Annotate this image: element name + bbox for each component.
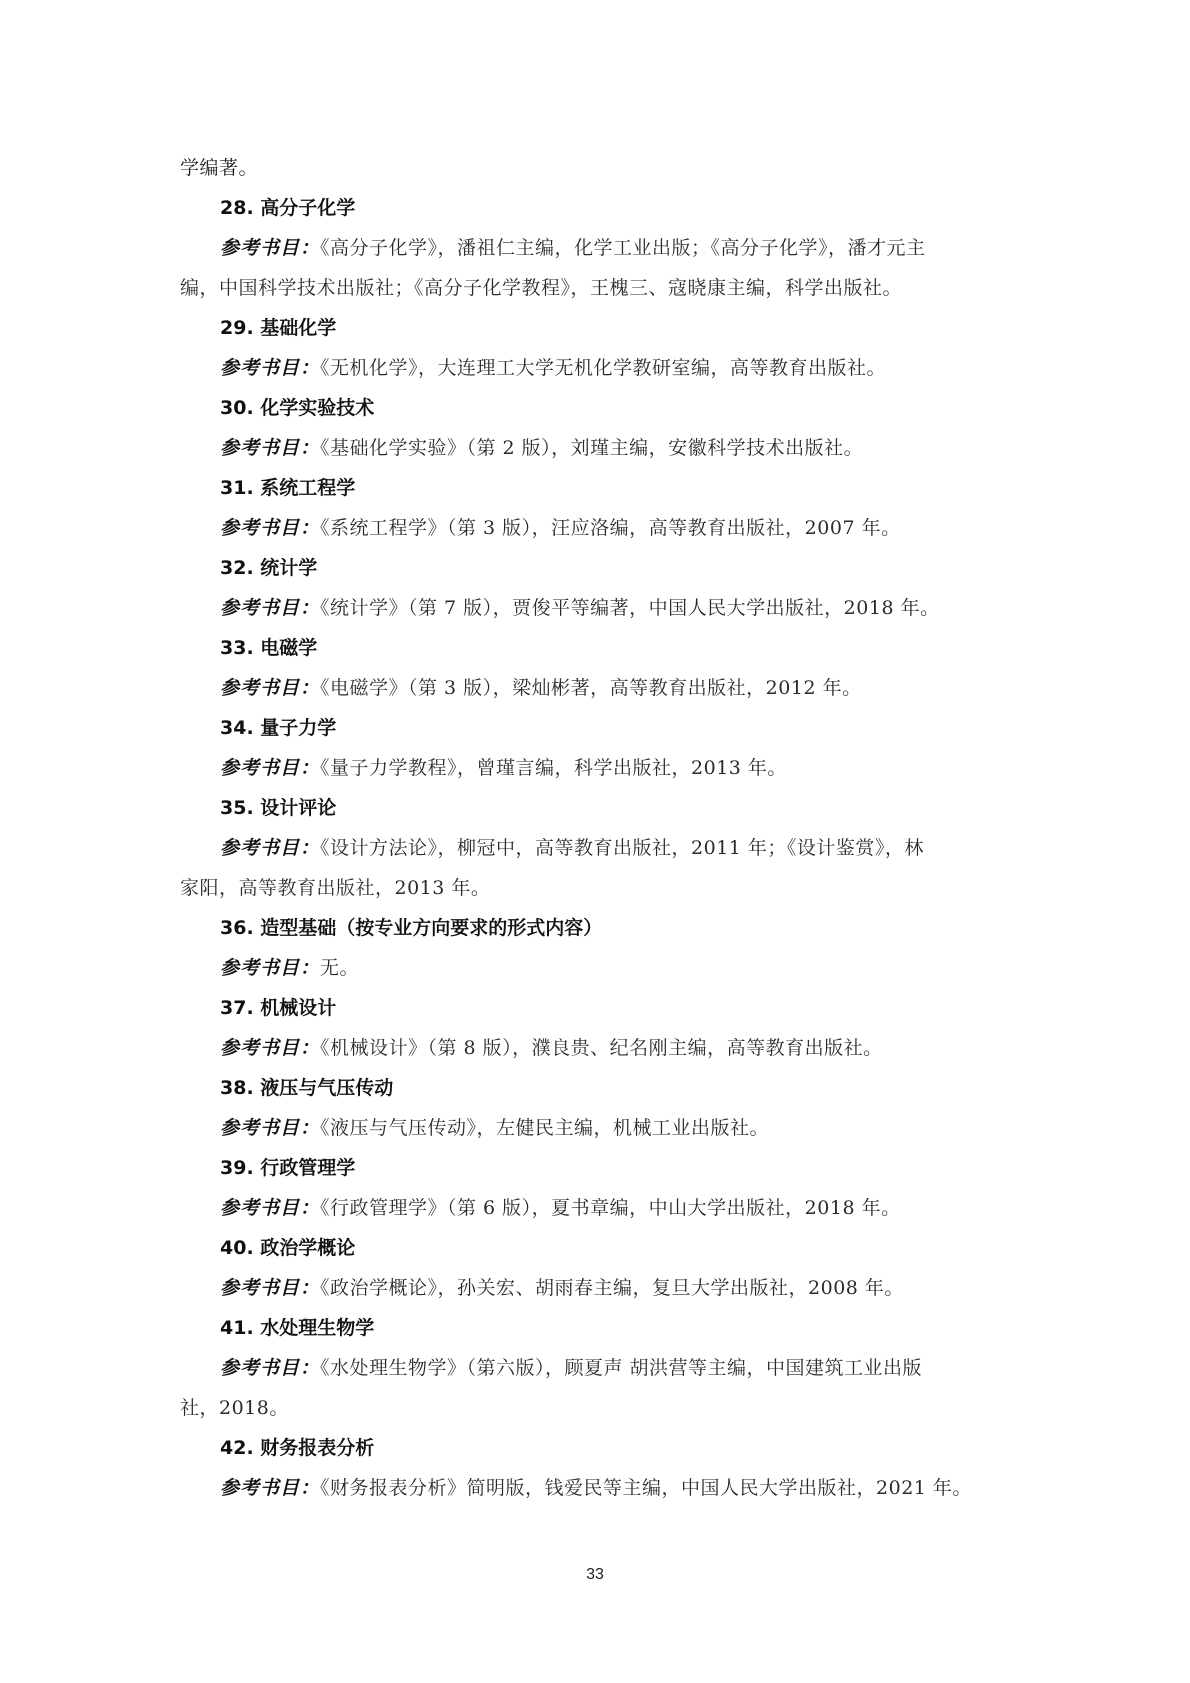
reference-entry-39: 参考书目：《行政管理学》（第 6 版），夏书章编，中山大学出版社，2018 年。 (180, 1188, 1010, 1228)
section-heading-28: 28. 高分子化学 (180, 188, 1010, 228)
reference-entry-29: 参考书目：《无机化学》，大连理工大学无机化学教研室编，高等教育出版社。 (180, 348, 1010, 388)
reference-entry-33: 参考书目：《电磁学》（第 3 版），梁灿彬著，高等教育出版社，2012 年。 (180, 668, 1010, 708)
reference-text: 《行政管理学》（第 6 版），夏书章编，中山大学出版社，2018 年。 (320, 1197, 901, 1219)
reference-label: 参考书目： (220, 677, 320, 699)
reference-entry-32: 参考书目：《统计学》（第 7 版），贾俊平等编著，中国人民大学出版社，2018 … (180, 588, 1010, 628)
reference-text: 《水处理生物学》（第六版），顾夏声 胡洪营等主编，中国建筑工业出版 (320, 1357, 922, 1379)
reference-text: 《电磁学》（第 3 版），梁灿彬著，高等教育出版社，2012 年。 (320, 677, 862, 699)
reference-text: 《无机化学》，大连理工大学无机化学教研室编，高等教育出版社。 (320, 357, 886, 379)
reference-entry-35: 参考书目：《设计方法论》，柳冠中，高等教育出版社，2011 年；《设计鉴赏》，林 (180, 828, 1010, 868)
section-heading-35: 35. 设计评论 (180, 788, 1010, 828)
page-content: 学编著。 28. 高分子化学 参考书目：《高分子化学》，潘祖仁主编，化学工业出版… (180, 148, 1010, 1508)
reference-label: 参考书目： (220, 517, 320, 539)
reference-text: 《机械设计》（第 8 版），濮良贵、纪名刚主编，高等教育出版社。 (320, 1037, 883, 1059)
reference-text: 无。 (320, 957, 359, 979)
reference-label: 参考书目： (220, 957, 320, 979)
reference-entry-42: 参考书目：《财务报表分析》简明版，钱爱民等主编，中国人民大学出版社，2021 年… (180, 1468, 1010, 1508)
section-heading-31: 31. 系统工程学 (180, 468, 1010, 508)
reference-label: 参考书目： (220, 1277, 320, 1299)
reference-entry-38: 参考书目：《液压与气压传动》，左健民主编，机械工业出版社。 (180, 1108, 1010, 1148)
reference-entry-34: 参考书目：《量子力学教程》，曾瑾言编，科学出版社，2013 年。 (180, 748, 1010, 788)
reference-label: 参考书目： (220, 1357, 320, 1379)
reference-text: 《统计学》（第 7 版），贾俊平等编著，中国人民大学出版社，2018 年。 (320, 597, 940, 619)
reference-continuation: 编，中国科学技术出版社；《高分子化学教程》，王槐三、寇晓康主编，科学出版社。 (180, 268, 1010, 308)
section-heading-37: 37. 机械设计 (180, 988, 1010, 1028)
reference-label: 参考书目： (220, 597, 320, 619)
reference-label: 参考书目： (220, 837, 320, 859)
page-number: 33 (0, 1566, 1190, 1584)
reference-label: 参考书目： (220, 1117, 320, 1139)
reference-label: 参考书目： (220, 357, 320, 379)
reference-text: 《液压与气压传动》，左健民主编，机械工业出版社。 (320, 1117, 769, 1139)
section-heading-41: 41. 水处理生物学 (180, 1308, 1010, 1348)
reference-entry-28: 参考书目：《高分子化学》，潘祖仁主编，化学工业出版；《高分子化学》，潘才元主 (180, 228, 1010, 268)
section-heading-33: 33. 电磁学 (180, 628, 1010, 668)
reference-entry-41: 参考书目：《水处理生物学》（第六版），顾夏声 胡洪营等主编，中国建筑工业出版 (180, 1348, 1010, 1388)
reference-text: 《系统工程学》（第 3 版），汪应洛编，高等教育出版社，2007 年。 (320, 517, 901, 539)
reference-text: 《量子力学教程》，曾瑾言编，科学出版社，2013 年。 (320, 757, 787, 779)
reference-label: 参考书目： (220, 1477, 320, 1499)
reference-label: 参考书目： (220, 437, 320, 459)
section-heading-42: 42. 财务报表分析 (180, 1428, 1010, 1468)
reference-entry-37: 参考书目：《机械设计》（第 8 版），濮良贵、纪名刚主编，高等教育出版社。 (180, 1028, 1010, 1068)
reference-continuation: 社，2018。 (180, 1388, 1010, 1428)
reference-text: 《政治学概论》，孙关宏、胡雨春主编，复旦大学出版社，2008 年。 (320, 1277, 904, 1299)
reference-entry-36: 参考书目：无。 (180, 948, 1010, 988)
reference-label: 参考书目： (220, 1197, 320, 1219)
document-page: 学编著。 28. 高分子化学 参考书目：《高分子化学》，潘祖仁主编，化学工业出版… (0, 0, 1190, 1683)
reference-label: 参考书目： (220, 237, 320, 259)
section-heading-36: 36. 造型基础（按专业方向要求的形式内容） (180, 908, 1010, 948)
section-heading-34: 34. 量子力学 (180, 708, 1010, 748)
section-heading-29: 29. 基础化学 (180, 308, 1010, 348)
reference-entry-40: 参考书目：《政治学概论》，孙关宏、胡雨春主编，复旦大学出版社，2008 年。 (180, 1268, 1010, 1308)
reference-text: 《设计方法论》，柳冠中，高等教育出版社，2011 年；《设计鉴赏》，林 (320, 837, 924, 859)
reference-text: 《财务报表分析》简明版，钱爱民等主编，中国人民大学出版社，2021 年。 (320, 1477, 972, 1499)
reference-label: 参考书目： (220, 1037, 320, 1059)
section-heading-40: 40. 政治学概论 (180, 1228, 1010, 1268)
reference-entry-30: 参考书目：《基础化学实验》（第 2 版），刘瑾主编，安徽科学技术出版社。 (180, 428, 1010, 468)
section-heading-39: 39. 行政管理学 (180, 1148, 1010, 1188)
section-heading-38: 38. 液压与气压传动 (180, 1068, 1010, 1108)
reference-label: 参考书目： (220, 757, 320, 779)
reference-continuation: 家阳，高等教育出版社，2013 年。 (180, 868, 1010, 908)
reference-text: 《高分子化学》，潘祖仁主编，化学工业出版；《高分子化学》，潘才元主 (320, 237, 926, 259)
reference-text: 《基础化学实验》（第 2 版），刘瑾主编，安徽科学技术出版社。 (320, 437, 863, 459)
section-heading-32: 32. 统计学 (180, 548, 1010, 588)
carryover-text: 学编著。 (180, 148, 1010, 188)
section-heading-30: 30. 化学实验技术 (180, 388, 1010, 428)
reference-entry-31: 参考书目：《系统工程学》（第 3 版），汪应洛编，高等教育出版社，2007 年。 (180, 508, 1010, 548)
